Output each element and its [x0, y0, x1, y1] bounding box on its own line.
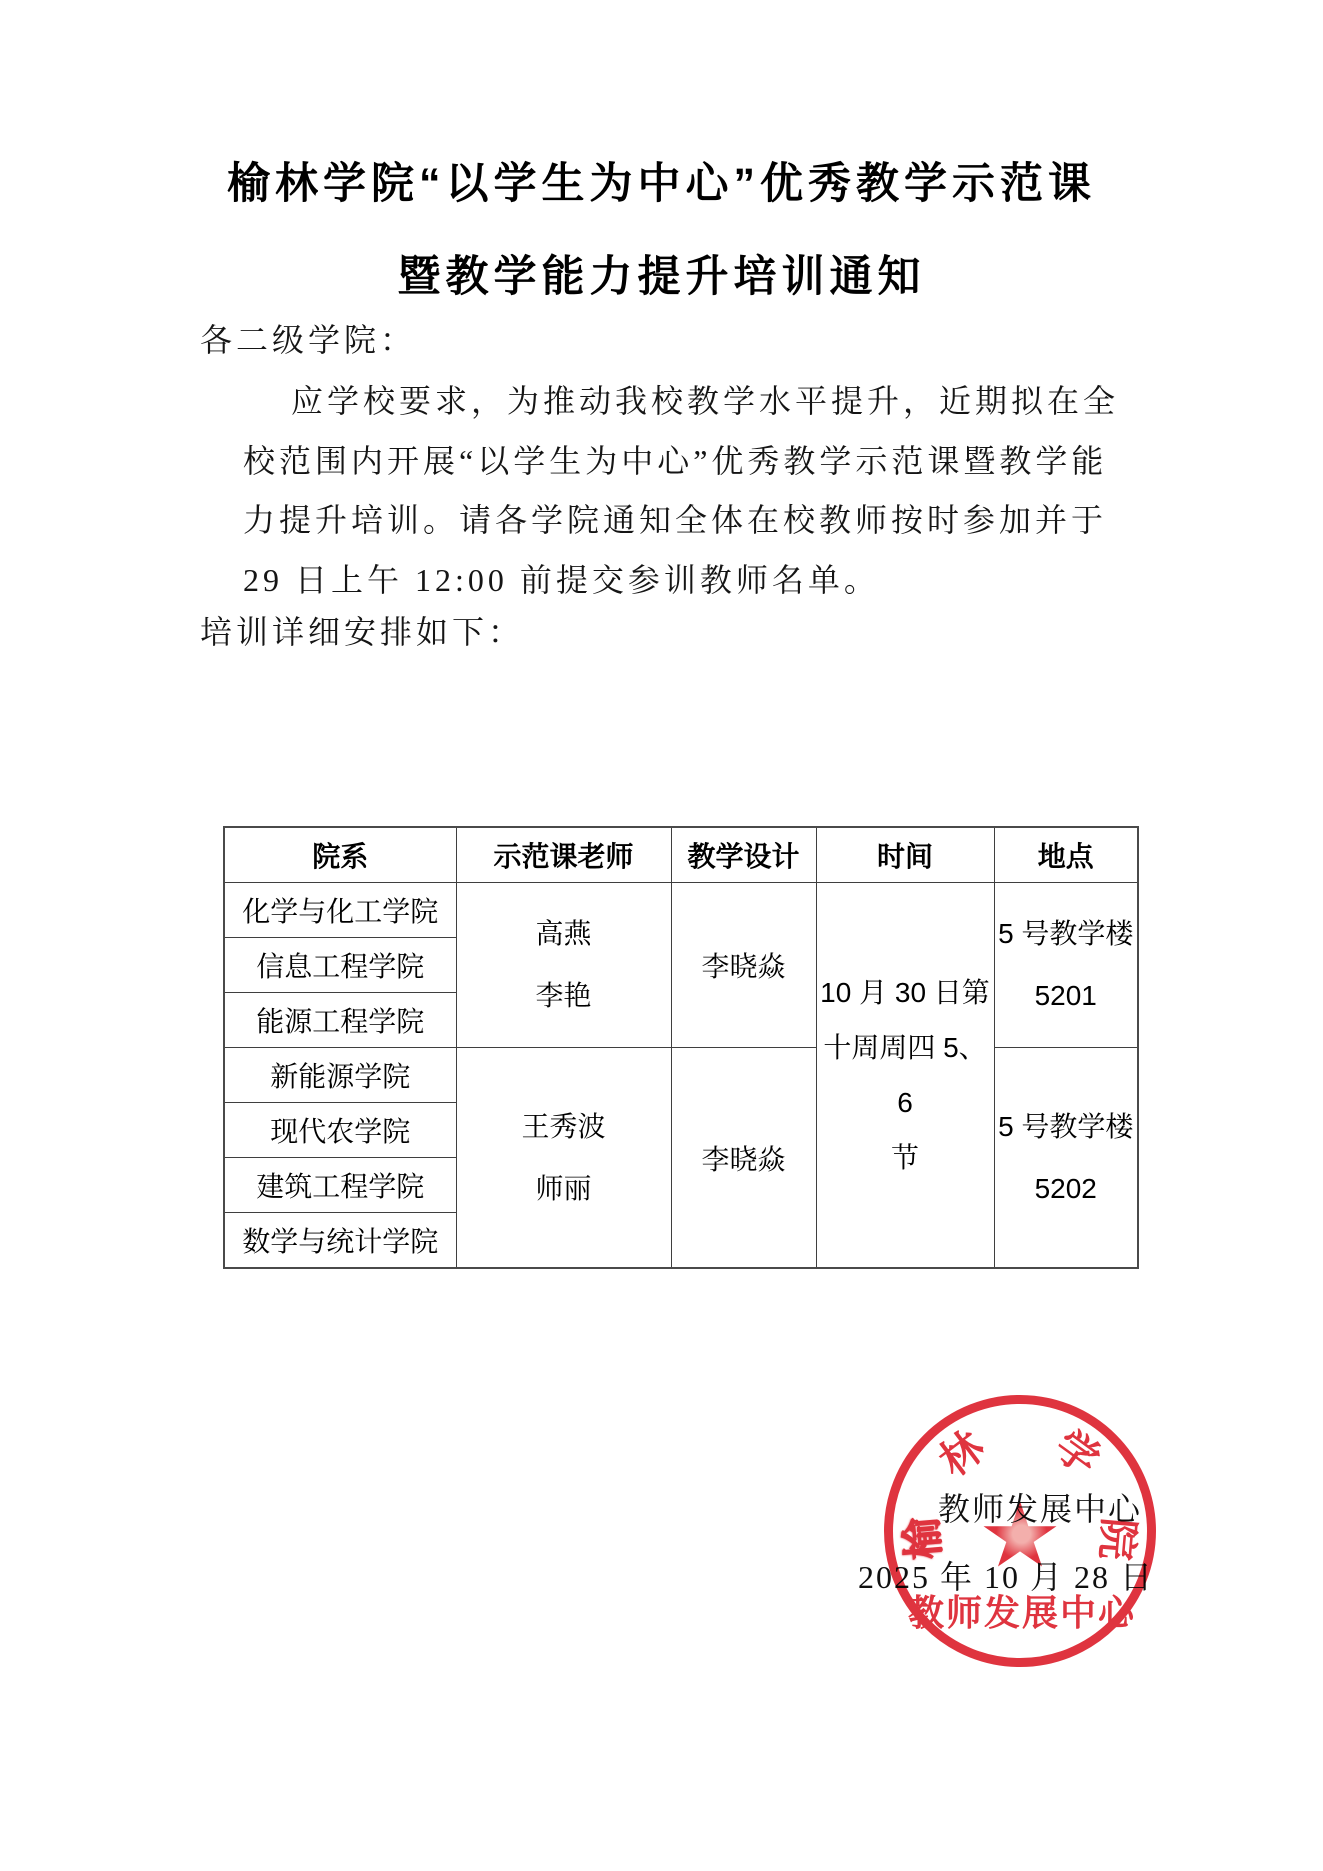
department-cell: 能源工程学院 — [224, 993, 456, 1048]
time-cell: 10 月 30 日第 十周周四 5、6 节 — [816, 883, 994, 1269]
designer-cell: 李晓焱 — [671, 883, 816, 1048]
designer-cell: 李晓焱 — [671, 1048, 816, 1269]
seal-arc-char: 林 — [931, 1423, 993, 1485]
signature-organization: 教师发展中心 — [938, 1484, 1142, 1530]
table-row: 化学与化工学院 高燕 李艳 李晓焱 10 月 30 日第 十周周四 5、6 节 … — [224, 883, 1138, 938]
seal-ring — [884, 1395, 1156, 1667]
department-cell: 信息工程学院 — [224, 938, 456, 993]
department-cell: 数学与统计学院 — [224, 1213, 456, 1269]
header-time: 时间 — [816, 827, 994, 883]
header-teaching-design: 教学设计 — [671, 827, 816, 883]
teachers-cell: 高燕 李艳 — [456, 883, 671, 1048]
signature-date: 2025 年 10 月 28 日 — [858, 1552, 1154, 1598]
paragraph-line: 应学校要求，为推动我校教学水平提升，近期拟在全 — [243, 372, 1148, 432]
table-header-row: 院系 示范课老师 教学设计 时间 地点 — [224, 827, 1138, 883]
department-cell: 建筑工程学院 — [224, 1158, 456, 1213]
document-page: 榆林学院“以学生为中心”优秀教学示范课 暨教学能力提升培训通知 各二级学院： 应… — [0, 0, 1323, 1871]
department-cell: 化学与化工学院 — [224, 883, 456, 938]
salutation: 各二级学院： — [200, 315, 416, 361]
paragraph-line: 力提升培训。请各学院通知全体在校教师按时参加并于 — [243, 491, 1148, 551]
official-seal: 榆 林 学 院 教师发展中心 — [884, 1395, 1156, 1667]
header-location: 地点 — [994, 827, 1138, 883]
schedule-intro: 培训详细安排如下： — [200, 607, 524, 653]
document-title-line2: 暨教学能力提升培训通知 — [0, 243, 1323, 304]
header-department: 院系 — [224, 827, 456, 883]
department-cell: 现代农学院 — [224, 1103, 456, 1158]
document-title-line1: 榆林学院“以学生为中心”优秀教学示范课 — [0, 150, 1323, 211]
location-cell: 5 号教学楼 5201 — [994, 883, 1138, 1048]
body-paragraph: 应学校要求，为推动我校教学水平提升，近期拟在全 校范围内开展“以学生为中心”优秀… — [243, 372, 1148, 610]
table-row: 新能源学院 王秀波 师丽 李晓焱 5 号教学楼 5202 — [224, 1048, 1138, 1103]
seal-arc-char: 学 — [1046, 1422, 1107, 1483]
paragraph-line: 校范围内开展“以学生为中心”优秀教学示范课暨教学能 — [243, 432, 1148, 492]
department-cell: 新能源学院 — [224, 1048, 456, 1103]
header-demo-teacher: 示范课老师 — [456, 827, 671, 883]
location-cell: 5 号教学楼 5202 — [994, 1048, 1138, 1269]
training-schedule-table: 院系 示范课老师 教学设计 时间 地点 化学与化工学院 高燕 李艳 李晓焱 10… — [223, 826, 1139, 1269]
teachers-cell: 王秀波 师丽 — [456, 1048, 671, 1269]
paragraph-line: 29 日上午 12:00 前提交参训教师名单。 — [243, 551, 1148, 611]
